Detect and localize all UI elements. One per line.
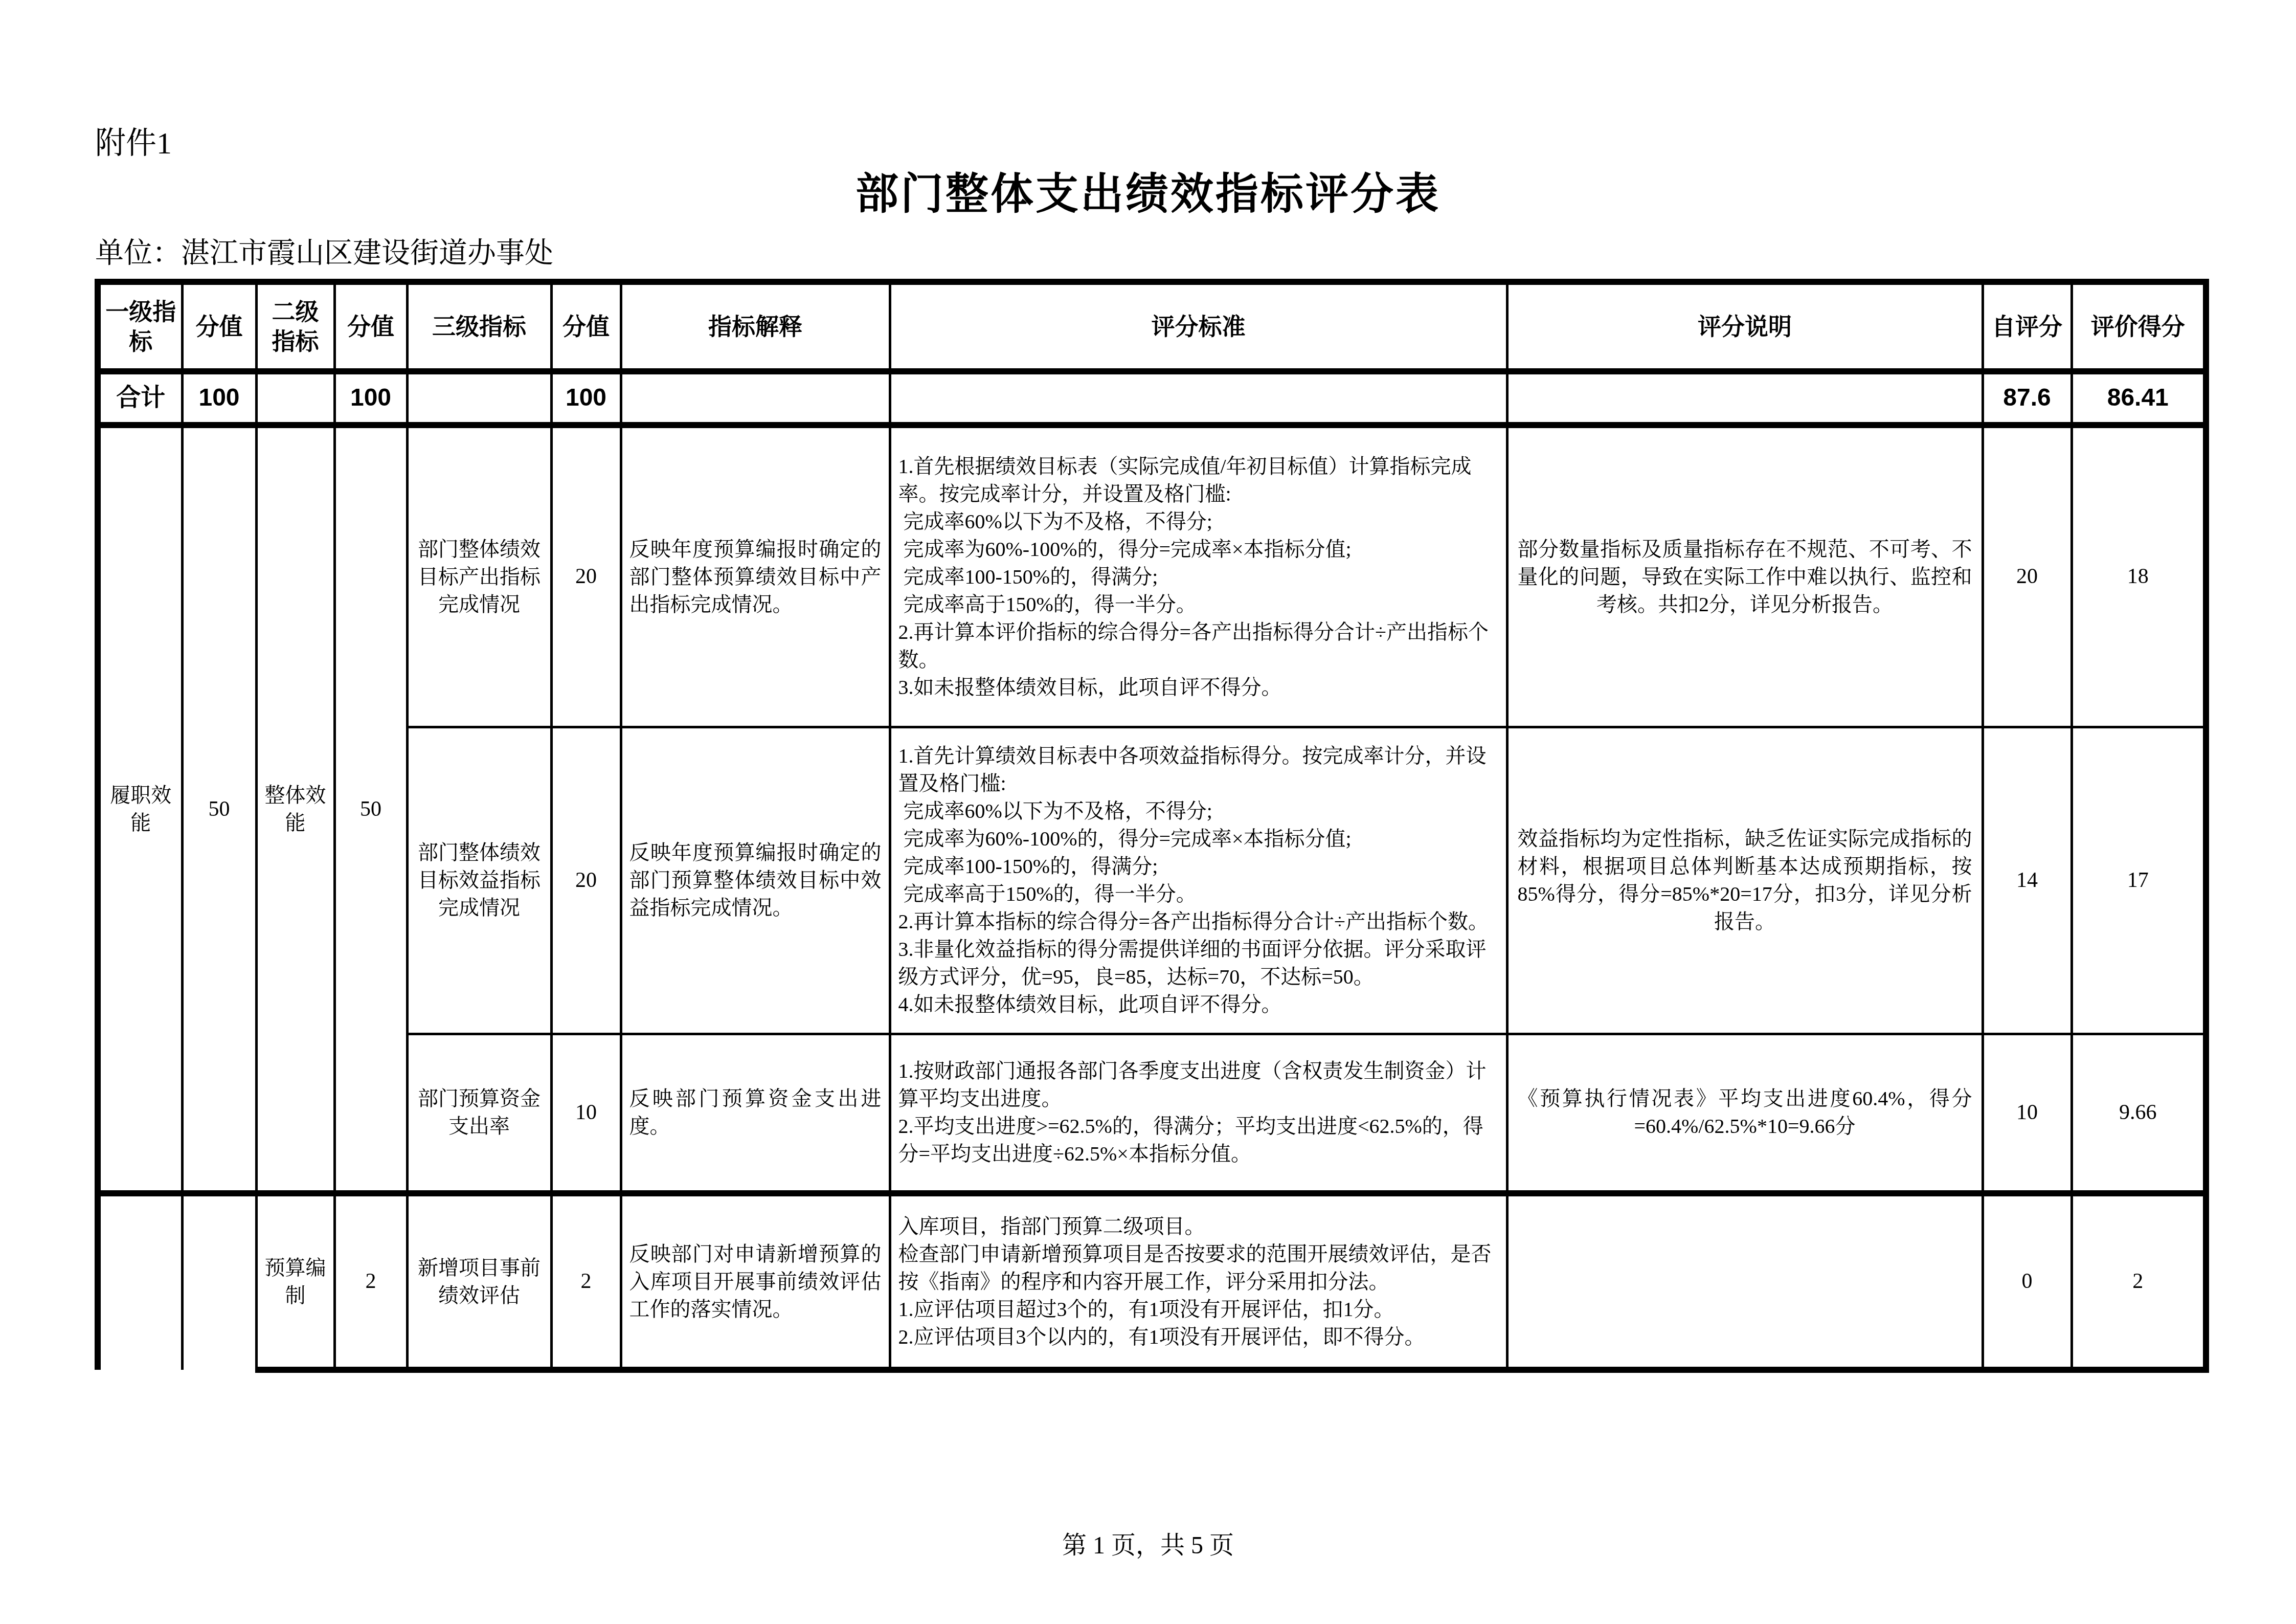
header-level3-indicator: 三级指标 [407,282,551,371]
cell-eval-score: 9.66 [2072,1034,2206,1193]
cell-criteria: 1.首先计算绩效目标表中各项效益指标得分。按完成率计分，并设置及格门槛: 完成率… [890,727,1507,1034]
cell-criteria: 1.按财政部门通报各部门各季度支出进度（含权责发生制资金）计算平均支出进度。 2… [890,1034,1507,1193]
cell-level3-score: 10 [551,1034,621,1193]
unit-label: 单位：湛江市霞山区建设街道办事处 [95,230,553,271]
cell-level3-score: 20 [551,727,621,1034]
header-note: 评分说明 [1507,282,1983,371]
cell-level2-indicator: 整体效能 [256,425,334,1193]
summary-level3-cell [407,371,551,425]
cell-eval-score: 18 [2072,425,2206,727]
summary-level2-score: 100 [334,371,407,425]
summary-criteria-cell [890,371,1507,425]
cell-level3-indicator: 部门预算资金支出率 [407,1034,551,1193]
table-row-output-indicator: 履职效能 50 整体效能 50 部门整体绩效目标产出指标完成情况 20 反映年度… [98,425,2206,727]
cell-level1-indicator [98,1193,182,1370]
cell-level3-indicator: 部门整体绩效目标效益指标完成情况 [407,727,551,1034]
document-page: 附件1 部门整体支出绩效指标评分表 单位：湛江市霞山区建设街道办事处 一级指 标… [0,0,2296,1624]
cell-self-score: 20 [1983,425,2072,727]
cell-note: 《预算执行情况表》平均支出进度60.4%，得分=60.4%/62.5%*10=9… [1507,1034,1983,1193]
summary-explanation-cell [621,371,890,425]
cell-level1-indicator: 履职效能 [98,425,182,1193]
table-row-benefit-indicator: 部门整体绩效目标效益指标完成情况 20 反映年度预算编报时确定的部门预算整体绩效… [98,727,2206,1034]
cell-explanation: 反映年度预算编报时确定的部门预算整体绩效目标中效益指标完成情况。 [621,727,890,1034]
summary-self-score: 87.6 [1983,371,2072,425]
summary-label: 合计 [98,371,182,425]
cell-level2-score: 2 [334,1193,407,1370]
summary-level2-cell [256,371,334,425]
cell-explanation: 反映部门预算资金支出进度。 [621,1034,890,1193]
summary-level3-score: 100 [551,371,621,425]
cell-note: 效益指标均为定性指标，缺乏佐证实际完成指标的材料，根据项目总体判断基本达成预期指… [1507,727,1983,1034]
cell-level1-score: 50 [182,425,256,1193]
summary-row: 合计 100 100 100 87.6 86.41 [98,371,2206,425]
cell-explanation: 反映部门对申请新增预算的入库项目开展事前绩效评估工作的落实情况。 [621,1193,890,1370]
table-row-pre-evaluation: 预算编制 2 新增项目事前绩效评估 2 反映部门对申请新增预算的入库项目开展事前… [98,1193,2206,1370]
attachment-label: 附件1 [95,119,172,163]
header-level1-score: 分值 [182,282,256,371]
cell-note [1507,1193,1983,1370]
summary-level1-score: 100 [182,371,256,425]
header-eval-score: 评价得分 [2072,282,2206,371]
header-criteria: 评分标准 [890,282,1507,371]
cell-level2-score: 50 [334,425,407,1193]
summary-eval-score: 86.41 [2072,371,2206,425]
score-table: 一级指 标 分值 二级 指标 分值 三级指标 分值 指标解释 评分标准 评分说明… [95,279,2209,1373]
cell-criteria: 入库项目，指部门预算二级项目。 检查部门申请新增预算项目是否按要求的范围开展绩效… [890,1193,1507,1370]
header-self-score: 自评分 [1983,282,2072,371]
cell-criteria: 1.首先根据绩效目标表（实际完成值/年初目标值）计算指标完成率。按完成率计分，并… [890,425,1507,727]
cell-explanation: 反映年度预算编报时确定的部门整体预算绩效目标中产出指标完成情况。 [621,425,890,727]
cell-self-score: 14 [1983,727,2072,1034]
table-row-expenditure-rate: 部门预算资金支出率 10 反映部门预算资金支出进度。 1.按财政部门通报各部门各… [98,1034,2206,1193]
cell-level2-indicator: 预算编制 [256,1193,334,1370]
page-footer: 第 1 页，共 5 页 [0,1525,2296,1561]
cell-note: 部分数量指标及质量指标存在不规范、不可考、不量化的问题，导致在实际工作中难以执行… [1507,425,1983,727]
header-explanation: 指标解释 [621,282,890,371]
cell-self-score: 10 [1983,1034,2072,1193]
cell-eval-score: 2 [2072,1193,2206,1370]
header-level2-indicator: 二级 指标 [256,282,334,371]
table-header-row: 一级指 标 分值 二级 指标 分值 三级指标 分值 指标解释 评分标准 评分说明… [98,282,2206,371]
cell-level3-indicator: 新增项目事前绩效评估 [407,1193,551,1370]
cell-level3-indicator: 部门整体绩效目标产出指标完成情况 [407,425,551,727]
header-level2-score: 分值 [334,282,407,371]
cell-level3-score: 2 [551,1193,621,1370]
page-title: 部门整体支出绩效指标评分表 [0,160,2296,221]
cell-level3-score: 20 [551,425,621,727]
header-level1-indicator: 一级指 标 [98,282,182,371]
cell-eval-score: 17 [2072,727,2206,1034]
cell-self-score: 0 [1983,1193,2072,1370]
summary-note-cell [1507,371,1983,425]
cell-level1-score [182,1193,256,1370]
header-level3-score: 分值 [551,282,621,371]
